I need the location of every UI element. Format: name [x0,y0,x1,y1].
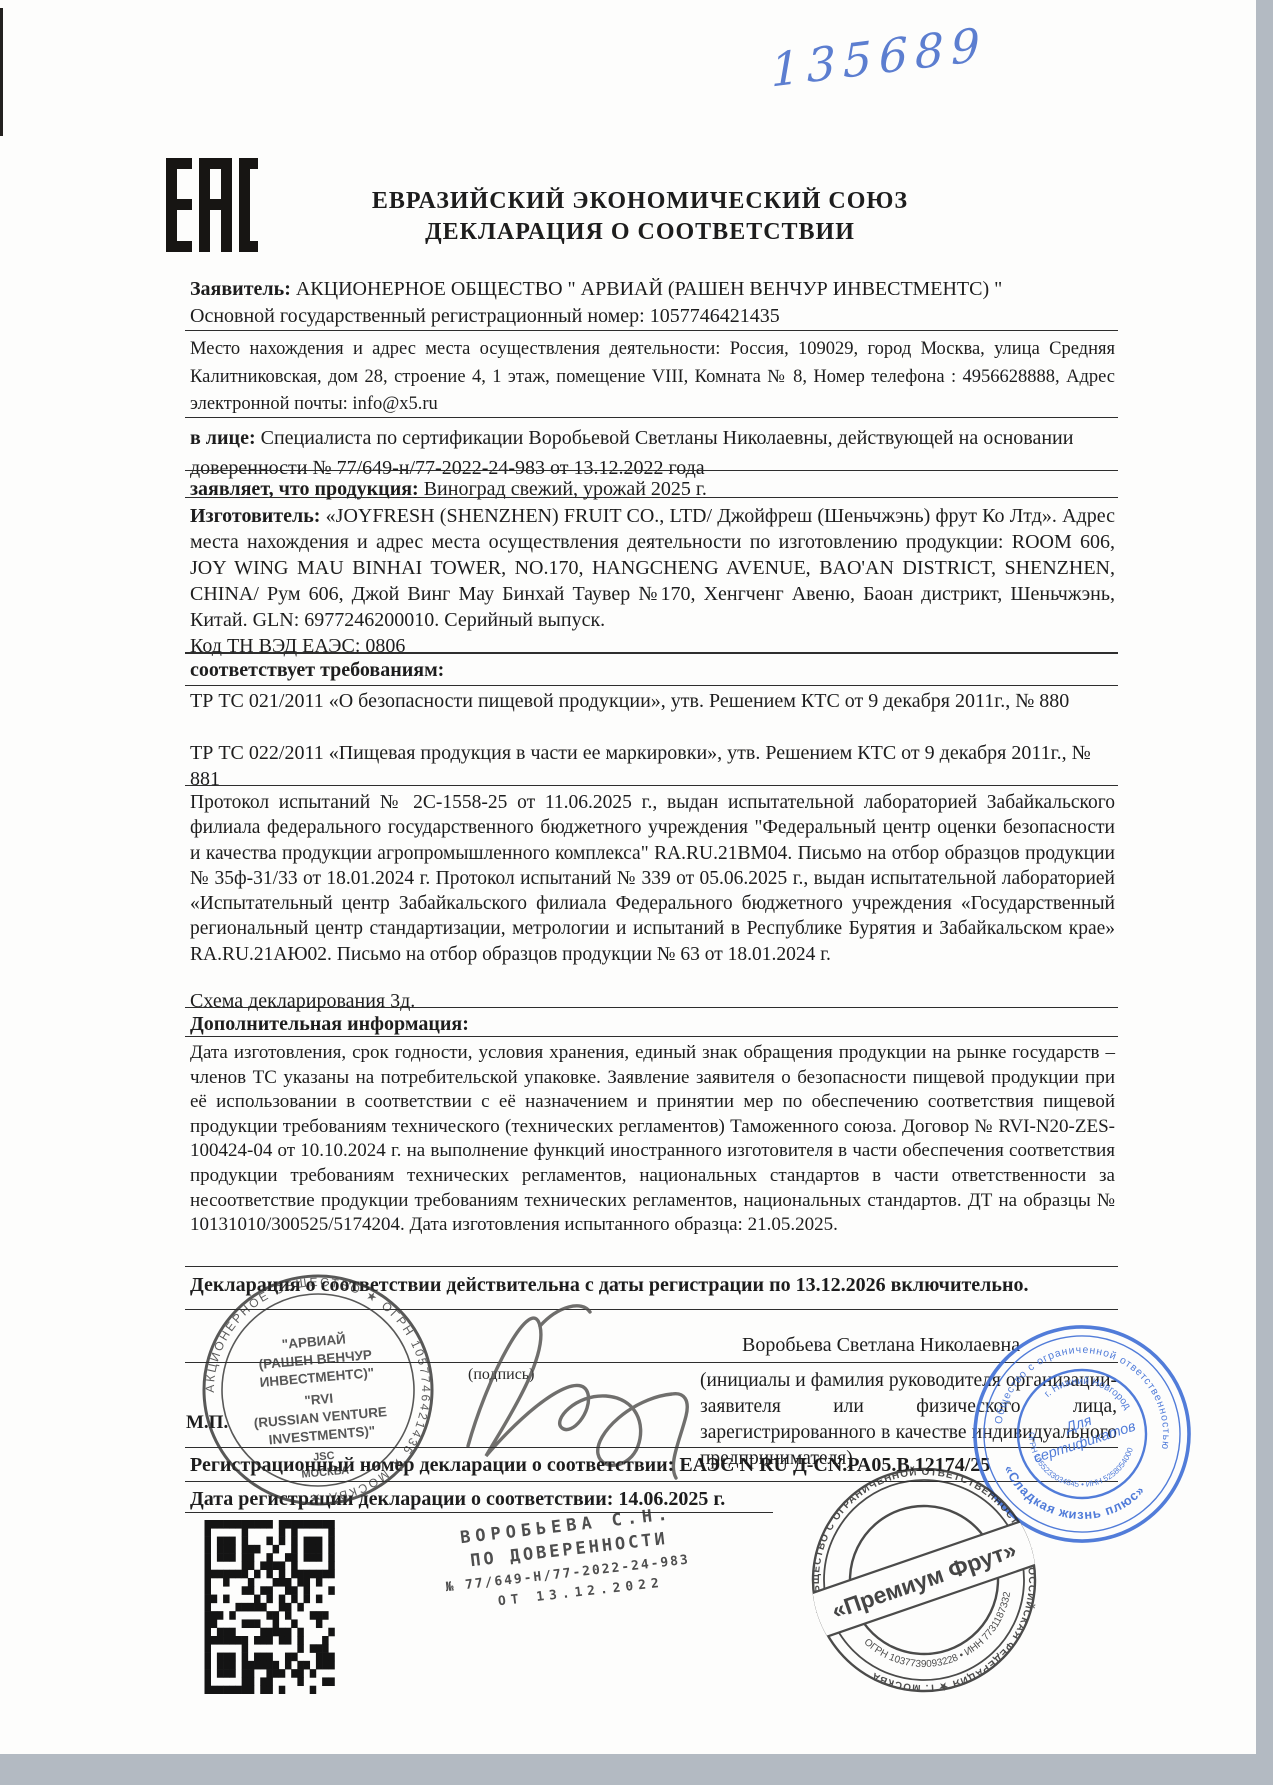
divider [185,1266,1118,1267]
declaration-document: 135689 ЕВРАЗИЙСКИЙ ЭКОНОМИЧЕСКИЙ СОЮЗ ДЕ… [0,0,1256,1754]
doc-title-line1: ЕВРАЗИЙСКИЙ ЭКОНОМИЧЕСКИЙ СОЮЗ [300,186,980,217]
section-in-person: в лице: Специалиста по сертификации Воро… [190,423,1115,483]
divider [185,417,1118,418]
applicant-value: АКЦИОНЕРНОЕ ОБЩЕСТВО " АРВИАЙ (РАШЕН ВЕН… [296,278,1002,300]
handwritten-number: 135689 [770,16,989,97]
in-person-label: в лице: [190,427,256,449]
section-address: Место нахождения и адрес места осуществл… [190,336,1115,419]
section-manufacturer: Изготовитель: «JOYFRESH (SHENZHEN) FRUIT… [190,503,1115,633]
additional-paragraph: Дата изготовления, срок годности, услови… [190,1041,1115,1238]
divider [185,652,1118,654]
in-person-value: Специалиста по сертификации Воробьевой С… [190,427,1073,479]
divider [185,785,1118,786]
applicant-round-stamp: АКЦИОНЕРНОЕ ОБЩЕСТВО ★ ОГРН 105774642143… [188,1260,448,1520]
doc-title: ЕВРАЗИЙСКИЙ ЭКОНОМИЧЕСКИЙ СОЮЗ ДЕКЛАРАЦИ… [300,186,980,248]
section-declares: заявляет, что продукция: Виноград свежий… [190,476,1115,503]
applicant-stamp-line: "АРВИАЙ [281,1331,346,1352]
divider [185,1007,1118,1008]
divider [185,1036,1118,1037]
eac-logo [166,158,258,252]
divider [185,330,1118,331]
divider [185,685,1118,686]
doc-title-line2: ДЕКЛАРАЦИЯ О СООТВЕТСТВИИ [300,217,980,248]
section-applicant: Заявитель: АКЦИОНЕРНОЕ ОБЩЕСТВО " АРВИАЙ… [190,276,1115,330]
protocols-paragraph: Протокол испытаний № 2С-1558-25 от 11.06… [190,790,1115,967]
manufacturer-value: «JOYFRESH (SHENZHEN) FRUIT CO., LTD/ Джо… [190,505,1115,631]
requirement-1: ТР ТС 021/2011 «О безопасности пищевой п… [190,689,1095,715]
manufacturer-label: Изготовитель: [190,505,320,527]
complies-heading: соответствует требованиям: [190,657,1115,684]
applicant-stamp-line: "RVI [304,1391,334,1408]
additional-heading: Дополнительная информация: [190,1011,1115,1038]
scan-edge-artifact [0,8,3,136]
applicant-stamp-line: JSC [313,1450,335,1464]
tnved-line: Код ТН ВЭД ЕАЭС: 0806 [190,633,1115,660]
divider [185,470,1118,471]
attorney-text-stamp: ВОРОБЬЕВА С.Н. ПО ДОВЕРЕННОСТИ № 77/649-… [416,1499,724,1617]
ogrn-line: Основной государственный регистрационный… [190,303,1115,330]
applicant-stamp-line: МОСКВА [301,1465,350,1481]
applicant-label: Заявитель: [190,278,291,300]
qr-code [204,1520,335,1694]
divider [185,497,1118,498]
